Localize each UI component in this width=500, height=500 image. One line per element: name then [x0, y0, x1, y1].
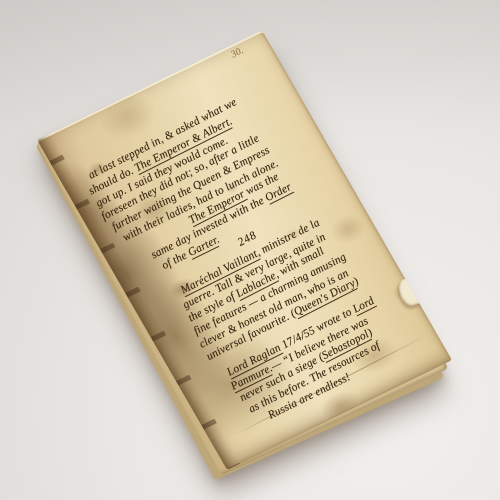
- page-number: 30.: [229, 45, 245, 60]
- manuscript-text: at last stepped in, & asked what weshoul…: [77, 72, 439, 442]
- photo-backdrop: 30. at last stepped in, & asked what wes…: [0, 0, 500, 500]
- manuscript-booklet: 30. at last stepped in, & asked what wes…: [37, 30, 452, 470]
